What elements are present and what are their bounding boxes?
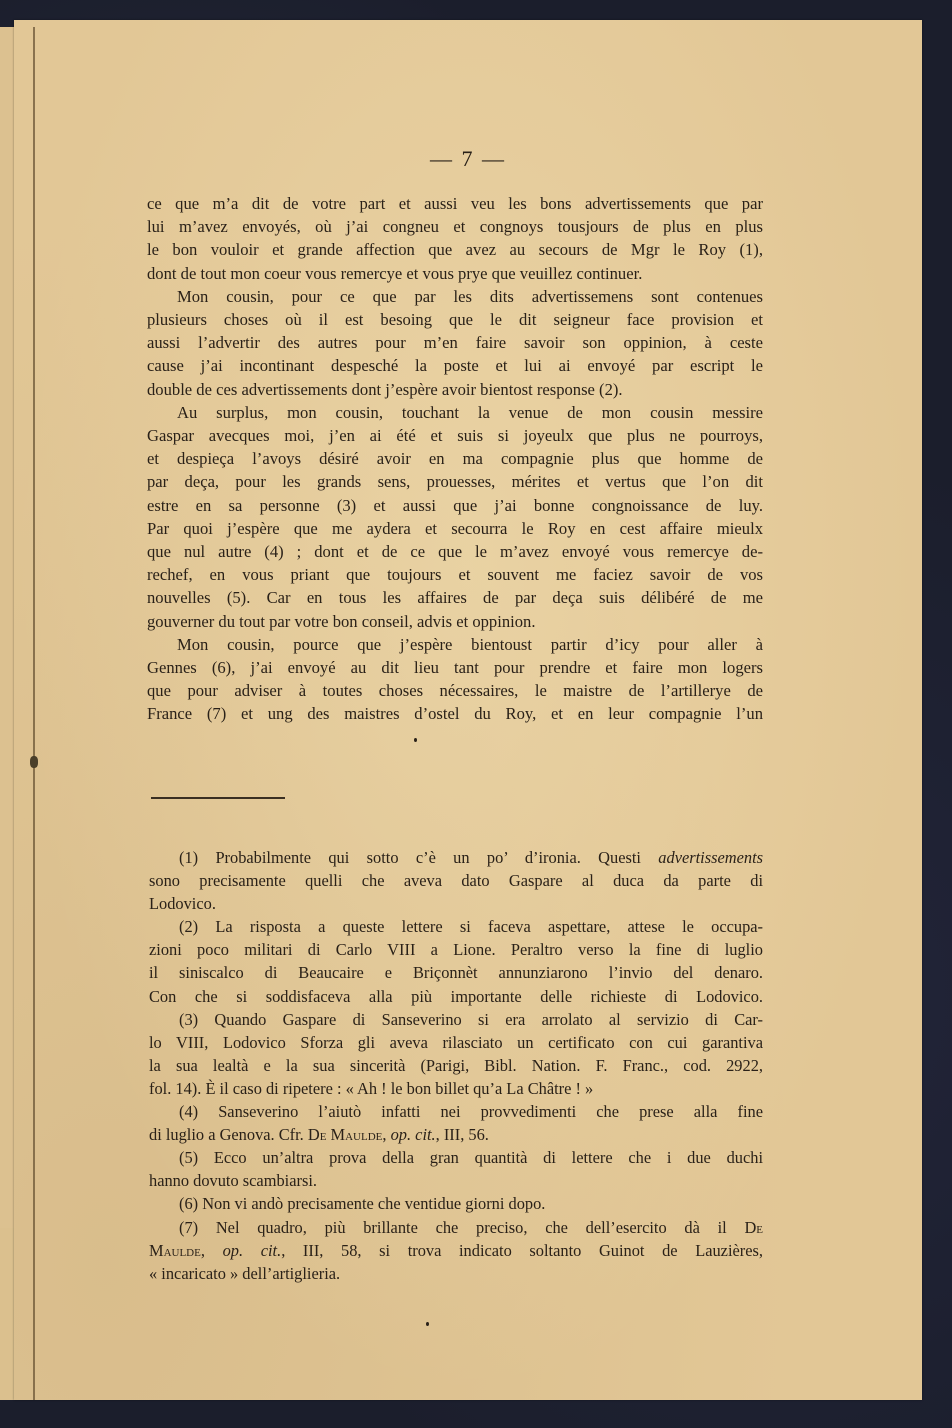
cited-author: Maulde	[149, 1241, 201, 1260]
footnote-2: (2) La risposta a queste lettere si face…	[149, 915, 763, 1007]
footnote-text: (1) Probabilmente qui sotto c’è un po’ d…	[179, 848, 658, 867]
body-line: estre en sa personne (3) et aussi que j’…	[147, 494, 763, 517]
body-line: que nul autre (4) ; dont et de ce que le…	[147, 540, 763, 563]
binding-stain	[30, 756, 38, 768]
footnotes: (1) Probabilmente qui sotto c’è un po’ d…	[149, 846, 763, 1285]
footnote-line: hanno dovuto scambiarsi.	[149, 1169, 763, 1192]
footnote-line: Maulde, op. cit., III, 58, si trova indi…	[149, 1239, 763, 1262]
footnote-line: il siniscalco di Beaucaire e Briçonnèt a…	[149, 961, 763, 984]
footnote-line: la sua lealtà e la sua sincerità (Parigi…	[149, 1054, 763, 1077]
footnote-line: (3) Quando Gaspare di Sanseverino si era…	[149, 1008, 763, 1031]
page-number: — 7 —	[14, 146, 922, 172]
footnote-text: ,	[382, 1125, 390, 1144]
footnote-line: (5) Ecco un’altra prova della gran quant…	[149, 1146, 763, 1169]
body-line: Gennes (6), j’ai envoyé au dit lieu tant…	[147, 656, 763, 679]
footnote-1: (1) Probabilmente qui sotto c’è un po’ d…	[149, 846, 763, 915]
ink-speck	[426, 1322, 429, 1326]
footnote-4: (4) Sanseverino l’aiutò infatti nei prov…	[149, 1100, 763, 1146]
footnote-text: , III, 58, si trova indicato soltanto Gu…	[281, 1241, 763, 1260]
body-line: dont de tout mon coeur vous remercye et …	[147, 262, 763, 285]
cited-author: De Maulde	[308, 1125, 383, 1144]
body-line: plusieurs choses où il est besoing que l…	[147, 308, 763, 331]
footnote-text: , III, 56.	[436, 1125, 489, 1144]
page-fold-line	[33, 27, 35, 1400]
body-line: gouverner du tout par votre bon conseil,…	[147, 610, 763, 633]
footnote-7: (7) Nel quadro, più brillante che precis…	[149, 1216, 763, 1285]
footnote-line: (7) Nel quadro, più brillante che precis…	[149, 1216, 763, 1239]
footnote-line: (1) Probabilmente qui sotto c’è un po’ d…	[149, 846, 763, 869]
footnote-separator-rule	[151, 797, 285, 799]
body-line: Au surplus, mon cousin, touchant la venu…	[147, 401, 763, 424]
body-line: double de ces advertissements dont j’esp…	[147, 378, 763, 401]
footnote-text: di luglio a Genova. Cfr.	[149, 1125, 308, 1144]
body-line: aussi l’advertir des autres pour m’en fa…	[147, 331, 763, 354]
footnote-line: fol. 14). È il caso di ripetere : « Ah !…	[149, 1077, 763, 1100]
footnote-line: (2) La risposta a queste lettere si face…	[149, 915, 763, 938]
body-line: Gaspar avecques moi, j’en ai été et suis…	[147, 424, 763, 447]
citation-abbrev: op. cit.	[223, 1241, 282, 1260]
footnote-line: (6) Non vi andò precisamente che ventidu…	[149, 1192, 763, 1215]
citation-abbrev: op. cit.	[391, 1125, 436, 1144]
footnote-line: sono precisamente quelli che aveva dato …	[149, 869, 763, 892]
body-line: cause j’ai incontinant despesché la post…	[147, 354, 763, 377]
footnote-5: (5) Ecco un’altra prova della gran quant…	[149, 1146, 763, 1192]
body-line: lui m’avez envoyés, où j’ai congneu et c…	[147, 215, 763, 238]
footnote-italic-term: advertissements	[658, 848, 763, 867]
footnote-6: (6) Non vi andò precisamente che ventidu…	[149, 1192, 763, 1215]
footnote-line: di luglio a Genova. Cfr. De Maulde, op. …	[149, 1123, 763, 1146]
footnote-text: ,	[201, 1241, 223, 1260]
body-line: et despieça l’avoys désiré avoir en ma c…	[147, 447, 763, 470]
body-line: France (7) et ung des maistres d’ostel d…	[147, 702, 763, 725]
body-line: par deça, pour les grands sens, prouesse…	[147, 470, 763, 493]
footnote-line: « incaricato » dell’artiglieria.	[149, 1262, 763, 1285]
body-line: Mon cousin, pource que j’espère bientous…	[147, 633, 763, 656]
body-line: le bon vouloir et grande affection que a…	[147, 238, 763, 261]
footnote-line: Lodovico.	[149, 892, 763, 915]
body-line: rechef, en vous priant que toujours et s…	[147, 563, 763, 586]
body-line: que pour adviser à toutes choses nécessa…	[147, 679, 763, 702]
body-line: nouvelles (5). Car en tous les affaires …	[147, 586, 763, 609]
body-line: ce que m’a dit de votre part et aussi ve…	[147, 192, 763, 215]
ink-speck	[414, 738, 417, 742]
footnote-line: Con che si soddisfaceva alla più importa…	[149, 985, 763, 1008]
footnote-line: zioni poco militari di Carlo VIII a Lion…	[149, 938, 763, 961]
footnote-3: (3) Quando Gaspare di Sanseverino si era…	[149, 1008, 763, 1100]
cited-author: De	[744, 1218, 763, 1237]
footnote-text: (7) Nel quadro, più brillante che precis…	[179, 1218, 744, 1237]
letter-body: ce que m’a dit de votre part et aussi ve…	[147, 192, 763, 726]
footnote-line: (4) Sanseverino l’aiutò infatti nei prov…	[149, 1100, 763, 1123]
footnote-line: lo VIII, Lodovico Sforza gli aveva rilas…	[149, 1031, 763, 1054]
body-line: Mon cousin, pour ce que par les dits adv…	[147, 285, 763, 308]
body-line: Par quoi j’espère que me aydera et secou…	[147, 517, 763, 540]
book-page: — 7 — ce que m’a dit de votre part et au…	[14, 20, 922, 1400]
